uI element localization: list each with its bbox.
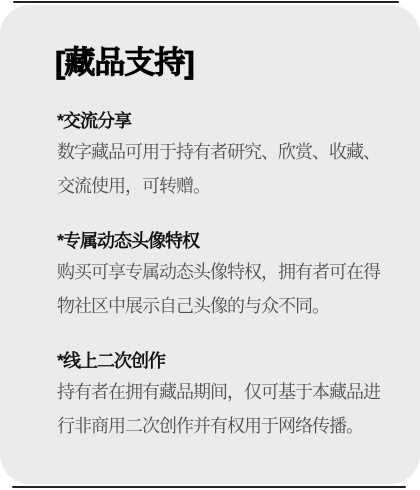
section-heading: *线上二次创作 xyxy=(57,348,394,375)
collection-support-card: [藏品支持] *交流分享 数字藏品可用于持有者研究、欣赏、收藏、 交流使用，可转… xyxy=(0,5,420,484)
card-title: [藏品支持] xyxy=(55,43,394,83)
section-body: 购买可享专属动态头像特权，拥有者可在得 物社区中展示自己头像的与众不同。 xyxy=(57,255,394,323)
body-line: 数字藏品可用于持有者研究、欣赏、收藏、 xyxy=(57,135,394,169)
section-body: 持有者在拥有藏品期间，仅可基于本藏品进 行非商用二次创作并有权用于网络传播。 xyxy=(57,375,394,443)
body-line: 持有者在拥有藏品期间，仅可基于本藏品进 xyxy=(57,375,394,409)
top-edge-line xyxy=(13,1,399,3)
bottom-edge-line xyxy=(12,486,406,488)
section-avatar-privilege: *专属动态头像特权 购买可享专属动态头像特权，拥有者可在得 物社区中展示自己头像… xyxy=(57,228,394,323)
body-line: 购买可享专属动态头像特权，拥有者可在得 xyxy=(57,255,394,289)
section-exchange-share: *交流分享 数字藏品可用于持有者研究、欣赏、收藏、 交流使用，可转赠。 xyxy=(57,108,394,203)
body-line: 行非商用二次创作并有权用于网络传播。 xyxy=(57,409,394,443)
section-heading: *交流分享 xyxy=(57,108,394,135)
body-line: 物社区中展示自己头像的与众不同。 xyxy=(57,289,394,323)
body-line: 交流使用，可转赠。 xyxy=(57,169,394,203)
section-body: 数字藏品可用于持有者研究、欣赏、收藏、 交流使用，可转赠。 xyxy=(57,135,394,203)
section-online-recreation: *线上二次创作 持有者在拥有藏品期间，仅可基于本藏品进 行非商用二次创作并有权用… xyxy=(57,348,394,443)
section-heading: *专属动态头像特权 xyxy=(57,228,394,255)
